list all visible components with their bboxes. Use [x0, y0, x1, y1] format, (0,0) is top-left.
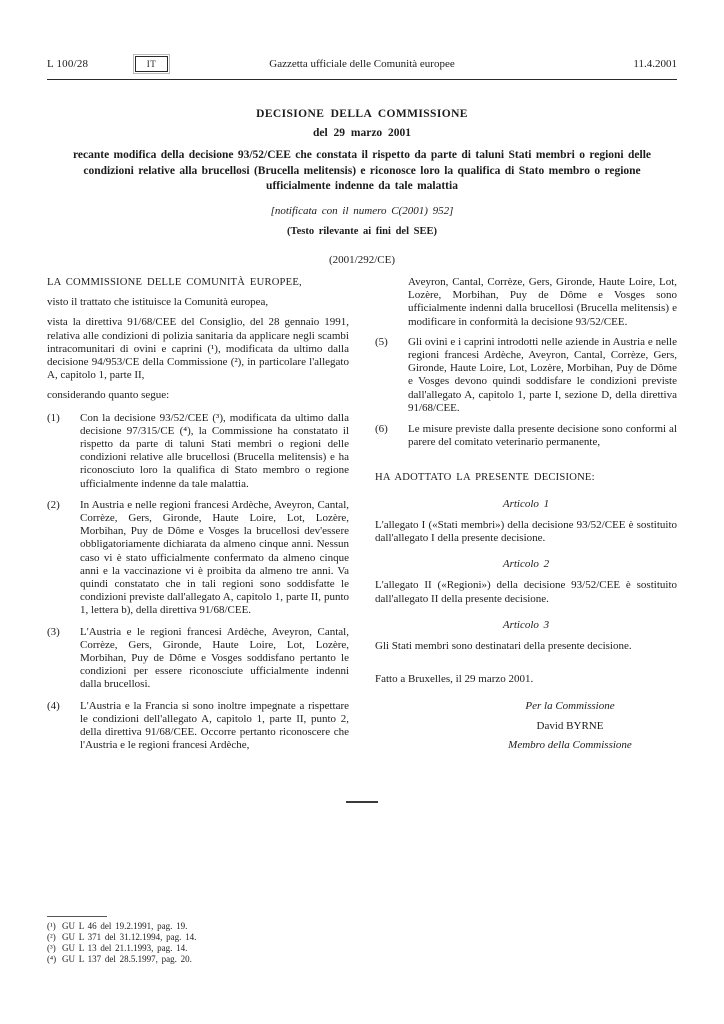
recital-text: Gli ovini e i caprini introdotti nelle a… — [408, 336, 677, 415]
eea-relevance: (Testo rilevante ai fini del SEE) — [47, 226, 677, 237]
title-block: DECISIONE DELLA COMMISSIONE del 29 marzo… — [47, 108, 677, 266]
article-1-text: L'allegato I («Stati membri») della deci… — [375, 519, 677, 545]
recital-4-continuation: Aveyron, Cantal, Corrèze, Gers, Gironde,… — [375, 276, 677, 329]
footnote-ref: (²) — [47, 932, 62, 943]
commission-line: LA COMMISSIONE DELLE COMUNITÀ EUROPEE, — [47, 276, 349, 289]
signature-role: Membro della Commissione — [463, 739, 677, 752]
notification-number: [notificata con il numero C(2001) 952] — [47, 205, 677, 217]
left-column: LA COMMISSIONE DELLE COMUNITÀ EUROPEE, v… — [47, 276, 349, 761]
issue-date: 11.4.2001 — [633, 58, 677, 70]
article-3-heading: Articolo 3 — [375, 619, 677, 632]
recital-number: (3) — [47, 626, 80, 692]
directive-citation: vista la direttiva 91/68/CEE del Consigl… — [47, 316, 349, 382]
recital-1: (1) Con la decisione 93/52/CEE (³), modi… — [47, 412, 349, 491]
recital-number: (6) — [375, 423, 408, 449]
recital-2: (2) In Austria e nelle regioni francesi … — [47, 499, 349, 618]
footnote-text: GU L 137 del 28.5.1997, pag. 20. — [62, 954, 347, 965]
signature-block: Per la Commissione David BYRNE Membro de… — [375, 700, 677, 752]
recital-number: (5) — [375, 336, 408, 415]
considerando-line: considerando quanto segue: — [47, 389, 349, 402]
recital-text: In Austria e nelle regioni francesi Ardè… — [80, 499, 349, 618]
recital-number: (1) — [47, 412, 80, 491]
page-header: L 100/28 IT Gazzetta ufficiale delle Com… — [47, 56, 677, 76]
place-and-date: Fatto a Bruxelles, il 29 marzo 2001. — [375, 673, 677, 686]
enacting-formula: HA ADOTTATO LA PRESENTE DECISIONE: — [375, 471, 677, 484]
header-rule — [47, 79, 677, 80]
footnote-1: (¹) GU L 46 del 19.2.1991, pag. 19. — [47, 921, 347, 932]
journal-page: L 100/28 IT Gazzetta ufficiale delle Com… — [0, 0, 724, 1024]
recital-text: Con la decisione 93/52/CEE (³), modifica… — [80, 412, 349, 491]
footnote-ref: (⁴) — [47, 954, 62, 965]
language-code-box: IT — [135, 56, 168, 72]
recital-5: (5) Gli ovini e i caprini introdotti nel… — [375, 336, 677, 415]
footnote-separator — [47, 916, 107, 917]
footnote-text: GU L 371 del 31.12.1994, pag. 14. — [62, 932, 347, 943]
recital-number: (4) — [47, 700, 80, 753]
footnote-3: (³) GU L 13 del 21.1.1993, pag. 14. — [47, 943, 347, 954]
recital-text: L'Austria e la Francia si sono inoltre i… — [80, 700, 349, 753]
recital-4: (4) L'Austria e la Francia si sono inolt… — [47, 700, 349, 753]
journal-title: Gazzetta ufficiale delle Comunità europe… — [269, 58, 455, 70]
footnote-text: GU L 13 del 21.1.1993, pag. 14. — [62, 943, 347, 954]
footnote-4: (⁴) GU L 137 del 28.5.1997, pag. 20. — [47, 954, 347, 965]
right-column: Aveyron, Cantal, Corrèze, Gers, Gironde,… — [375, 276, 677, 761]
article-2-text: L'allegato II («Regioni») della decision… — [375, 579, 677, 605]
treaty-citation: visto il trattato che istituisce la Comu… — [47, 296, 349, 309]
decision-date: del 29 marzo 2001 — [47, 127, 677, 139]
footnote-2: (²) GU L 371 del 31.12.1994, pag. 14. — [47, 932, 347, 943]
decision-title: DECISIONE DELLA COMMISSIONE — [47, 108, 677, 120]
footnote-ref: (¹) — [47, 921, 62, 932]
signature-on-behalf: Per la Commissione — [463, 700, 677, 713]
article-1-heading: Articolo 1 — [375, 498, 677, 511]
decision-number: (2001/292/CE) — [47, 254, 677, 266]
language-code: IT — [147, 59, 157, 69]
footnote-text: GU L 46 del 19.2.1991, pag. 19. — [62, 921, 347, 932]
recital-6: (6) Le misure previste dalla presente de… — [375, 423, 677, 449]
signature-name: David BYRNE — [463, 720, 677, 733]
recital-text: Le misure previste dalla presente decisi… — [408, 423, 677, 449]
article-3-text: Gli Stati membri sono destinatari della … — [375, 640, 677, 653]
recital-number: (2) — [47, 499, 80, 618]
page-number: L 100/28 — [47, 58, 88, 70]
end-divider — [346, 801, 378, 803]
footnotes-block: (¹) GU L 46 del 19.2.1991, pag. 19. (²) … — [47, 916, 347, 965]
recital-3: (3) L'Austria e le regioni francesi Ardè… — [47, 626, 349, 692]
body-columns: LA COMMISSIONE DELLE COMUNITÀ EUROPEE, v… — [47, 276, 677, 761]
recital-text: L'Austria e le regioni francesi Ardèche,… — [80, 626, 349, 692]
article-2-heading: Articolo 2 — [375, 558, 677, 571]
footnote-ref: (³) — [47, 943, 62, 954]
decision-subject: recante modifica della decisione 93/52/C… — [71, 148, 653, 195]
